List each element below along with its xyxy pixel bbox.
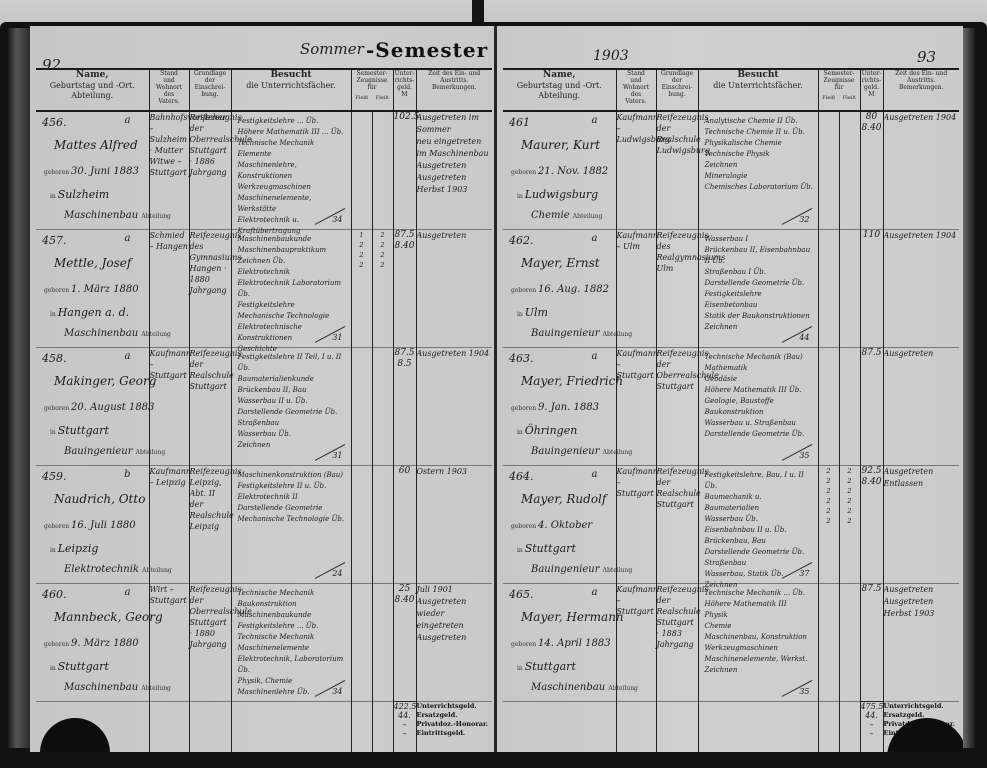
cell-subjects: Technische MechanikBaukonstruktionMaschi… — [231, 584, 351, 702]
entry-number: 459. — [42, 470, 67, 483]
grade-column-2 — [839, 348, 860, 466]
header-text: richts- — [394, 77, 416, 84]
fee-value: 87.5 — [394, 348, 416, 359]
subject-line: Maschinenbau, Konstruktion — [705, 632, 814, 643]
fee-value: 60 — [394, 466, 416, 477]
total-value: 44. — [394, 711, 416, 720]
grade-column-1 — [351, 584, 372, 702]
student-block: 457.aMettle, Josefgeboren 1. März 1880in… — [36, 230, 149, 347]
grade: 2 — [352, 250, 372, 260]
subject-list: Technische Mechanik (Bau)MathematikGeodä… — [699, 348, 818, 465]
empty-cell — [656, 702, 698, 753]
label-in: in — [50, 429, 58, 436]
total-value: 475.5 — [861, 702, 883, 711]
grade-column-1 — [818, 230, 839, 348]
grade-column-2: 222222 — [839, 466, 860, 584]
cell-subjects: Maschinenkonstruktion (Bau)Festigkeitsle… — [231, 466, 351, 584]
page-edge-left — [8, 28, 30, 748]
enrollment-basis: Reifezeugnis der Realschule Ludwigsburg — [656, 111, 698, 230]
label-in: in — [50, 665, 58, 672]
empty-cell — [231, 702, 351, 753]
subject-line: Elektrotechnik Laboratorium Üb. — [238, 278, 347, 300]
grade-column-1: 222222 — [818, 466, 839, 584]
entry-class: a — [592, 469, 598, 480]
header-besucht: Besuchtdie Unterrichtsfächer. — [698, 69, 818, 111]
cell-student: 463.aMayer, Friedrichgeboren 9. Jan. 188… — [503, 348, 616, 466]
grade: 2 — [819, 476, 839, 486]
grade: 2 — [840, 506, 860, 516]
subject-line: Maschinenelemente, Werkst. — [705, 654, 814, 665]
register-entry-row: 461aMaurer, Kurtgeboren 21. Nov. 1882in … — [503, 111, 959, 230]
subject-line: Festigkeitslehre, Bau, I u. II Üb. — [705, 470, 814, 492]
fee-value: 8.5 — [394, 359, 416, 370]
grade: 2 — [819, 516, 839, 526]
grade: 2 — [840, 486, 860, 496]
subject-line: Baumechanik u. Baumaterialien — [705, 492, 814, 514]
header-text: Bemerkungen. — [884, 84, 960, 91]
label-abteilung: Abteilung — [141, 213, 171, 220]
entry-number: 463. — [509, 352, 534, 365]
enrollment-basis: Reifezeugnis der Oberrealschule Stuttgar… — [656, 348, 698, 466]
register-entry-row: 456.aMattes Alfredgeboren 30. Juni 1883i… — [36, 111, 492, 230]
student-block: 459.bNaudrich, Ottogeboren 16. Juli 1880… — [36, 466, 149, 583]
subject-list: Festigkeitslehre, Bau, I u. II Üb.Baumec… — [699, 466, 818, 583]
empty-cell — [189, 702, 231, 753]
subject-list: Wasserbau IBrückenbau II, Eisenbahnbau I… — [699, 230, 818, 347]
student-name: Mayer, Hermann — [521, 610, 624, 624]
remark-line: Ausgetreten — [884, 466, 960, 478]
grade: 2 — [840, 476, 860, 486]
birth-date: geboren 4. Oktober — [511, 520, 592, 531]
student-name: Mayer, Friedrich — [521, 374, 623, 388]
subject-line: Wasserbau Üb. — [238, 429, 347, 440]
subject-line: Höhere Mathematik III — [705, 599, 814, 610]
tuition-fee: 87.58.40 — [393, 230, 416, 348]
cell-student: 465.aMayer, Hermanngeboren 14. April 188… — [503, 584, 616, 702]
label-abteilung: Abteilung — [141, 331, 171, 338]
grade: 2 — [819, 486, 839, 496]
tuition-fee: 60 — [393, 466, 416, 584]
weekly-hours: 44 — [799, 332, 809, 343]
header-text: Fleiß — [355, 95, 368, 102]
subject-line: Wasserbau u. Straßenbau — [705, 418, 814, 429]
subject-line: Straßenbau — [705, 558, 814, 569]
cell-subjects: Wasserbau IBrückenbau II, Eisenbahnbau I… — [698, 230, 818, 348]
subject-line: Technische Mechanik (Bau) — [705, 352, 814, 363]
birth-place: in Sulzheim — [50, 188, 109, 201]
empty-cell — [818, 702, 839, 753]
grade-column-1 — [351, 466, 372, 584]
remark-line: Ausgetreten — [417, 596, 493, 608]
header-text: Bemerkungen. — [417, 84, 493, 91]
subject-line: Technische Mechanik — [238, 588, 347, 599]
entry-class: a — [592, 115, 598, 126]
label-abteilung: Abteilung — [136, 449, 166, 456]
remark-line: wieder eingetreten — [417, 608, 493, 632]
register-entry-row: 462.aMayer, Ernstgeboren 16. Aug. 1882in… — [503, 230, 959, 348]
grade: 2 — [819, 466, 839, 476]
header-text: Wohnort — [150, 84, 189, 91]
subject-line: Baumaterialienkunde — [238, 374, 347, 385]
subject-list: Analytische Chemie II Üb.Technische Chem… — [699, 112, 818, 229]
subject-list: Technische Mechanik ... Üb.Höhere Mathem… — [699, 584, 818, 701]
header-text: der — [190, 77, 231, 84]
subject-line: Elemente — [238, 149, 347, 160]
register-entry-row: 460.aMannbeck, Georggeboren 9. März 1880… — [36, 584, 492, 702]
entry-class: a — [125, 233, 131, 244]
student-name: Mattes Alfred — [54, 138, 138, 152]
left-page: 92 Sommer -Semester Name,Geburtstag und … — [30, 26, 496, 752]
header-text: Stand — [150, 70, 189, 77]
weekly-hours: 24 — [332, 568, 342, 579]
birth-place: in Stuttgart — [517, 660, 576, 673]
subject-line: Eisenbahnbau II u. Üb. — [705, 525, 814, 536]
grade: 2 — [373, 240, 393, 250]
total-value: – — [861, 720, 883, 729]
header-zeit: Zeit des Ein- undAustritts.Bemerkungen. — [883, 69, 959, 111]
cell-subjects: Festigkeitslehre, Bau, I u. II Üb.Baumec… — [698, 466, 818, 584]
header-grundlage: GrundlagederEinschrei-bung. — [189, 69, 231, 111]
header-text: Name, — [36, 70, 149, 81]
department: Maschinenbau Abteilung — [531, 682, 638, 693]
student-name: Mettle, Josef — [54, 256, 131, 270]
header-text: Wohnort — [617, 84, 656, 91]
label-abteilung: Abteilung — [608, 685, 638, 692]
register-table-left: Name,Geburtstag und -Ort.Abteilung.Stand… — [36, 68, 492, 752]
grade: 2 — [373, 260, 393, 270]
label-in: in — [50, 311, 58, 318]
cell-student: 460.aMannbeck, Georggeboren 9. März 1880… — [36, 584, 149, 702]
subject-list: Technische MechanikBaukonstruktionMaschi… — [232, 584, 351, 701]
cell-student: 459.bNaudrich, Ottogeboren 16. Juli 1880… — [36, 466, 149, 584]
label-in: in — [517, 665, 525, 672]
totals-labels: Unterrichtsgeld.Ersatzgeld.Privatdoz.-Ho… — [416, 702, 492, 753]
subject-line: Straßenbau I Üb. — [705, 267, 814, 278]
entry-class: a — [125, 115, 131, 126]
header-besucht: Besuchtdie Unterrichtsfächer. — [231, 69, 351, 111]
remark-line: Ausgetreten — [417, 230, 493, 242]
header-text: Austritts. — [884, 77, 960, 84]
tuition-fee: 87.5 — [860, 348, 883, 466]
subject-line: Maschinenkonstruktion (Bau) — [238, 470, 347, 481]
empty-cell — [503, 702, 616, 753]
subject-line: Brückenbau II, Bau — [238, 385, 347, 396]
entry-class: a — [592, 233, 598, 244]
header-text: Austritts. — [417, 77, 493, 84]
fee-value: 8.40 — [861, 123, 883, 134]
student-name: Mannbeck, Georg — [54, 610, 163, 624]
label-in: in — [517, 193, 525, 200]
header-text: Zeugnisse für — [819, 77, 860, 91]
grade: 2 — [352, 260, 372, 270]
grade-column-1 — [818, 348, 839, 466]
weekly-hours: 31 — [332, 450, 342, 461]
cell-subjects: MaschinenbaukundeMaschinenbaupraktikumZe… — [231, 230, 351, 348]
student-block: 463.aMayer, Friedrichgeboren 9. Jan. 188… — [503, 348, 616, 465]
subject-line: Zeichnen — [238, 440, 347, 451]
header-text: Geburtstag und -Ort. — [503, 81, 616, 91]
birth-place: in Leipzig — [50, 542, 98, 555]
label-in: in — [50, 193, 58, 200]
page-edge-right — [963, 28, 975, 748]
birth-date: geboren 20. August 1883 — [44, 402, 154, 413]
subject-line: Analytische Chemie II Üb. — [705, 116, 814, 127]
header-unterrichtsgeld: Unter-richts-geld.M — [860, 69, 883, 111]
header-text: der — [657, 77, 698, 84]
remarks: AusgetretenEntlassen — [883, 466, 959, 584]
subject-line: Maschinenlehre, Konstruktionen — [238, 160, 347, 182]
weekly-hours: 35 — [799, 450, 809, 461]
totals-values: 422.544.–– — [393, 702, 416, 753]
header-zeugnisse: Semester-Zeugnisse fürFleißFleiß — [351, 69, 393, 111]
remark-line: Ausgetreten — [884, 584, 960, 596]
grade-column-1 — [818, 111, 839, 230]
weekly-hours: 31 — [332, 332, 342, 343]
department: Bauingenieur Abteilung — [531, 564, 632, 575]
remark-line: Ausgetreten im Sommer — [417, 112, 493, 136]
subject-line: Mechanische Technologie — [238, 311, 347, 322]
header-text: Abteilung. — [503, 91, 616, 101]
subject-line: Festigkeitslehre ... Üb. — [238, 621, 347, 632]
birth-date: geboren 9. Jan. 1883 — [511, 402, 599, 413]
subject-line: Maschinenbaukunde — [238, 234, 347, 245]
birth-date: geboren 30. Juni 1883 — [44, 166, 139, 177]
fee-value: 25 — [394, 584, 416, 595]
department: Bauingenieur Abteilung — [531, 446, 632, 457]
birth-date: geboren 1. März 1880 — [44, 284, 139, 295]
birth-place: in Ulm — [517, 306, 548, 319]
remarks: Ostern 1903 — [416, 466, 492, 584]
subject-line: Geodäsie — [705, 374, 814, 385]
label-geboren: geboren — [44, 287, 71, 294]
remark-line: Juli 1901 — [417, 584, 493, 596]
birth-date: geboren 9. März 1880 — [44, 638, 139, 649]
subject-line: Physik, Chemie — [238, 676, 347, 687]
grade: 2 — [819, 496, 839, 506]
entry-class: a — [592, 587, 598, 598]
label-geboren: geboren — [511, 523, 538, 530]
student-block: 465.aMayer, Hermanngeboren 14. April 188… — [503, 584, 616, 701]
remarks: Ausgetreten im Sommerneu eingetretenim M… — [416, 111, 492, 230]
header-text: Geburtstag und -Ort. — [36, 81, 149, 91]
subject-list: Festigkeitslehre ... Üb.Höhere Mathemati… — [232, 112, 351, 229]
subject-line: Wasserbau II u. Üb. — [238, 396, 347, 407]
cell-student: 458.aMakinger, Georggeboren 20. August 1… — [36, 348, 149, 466]
remark-line: neu eingetreten — [417, 136, 493, 148]
header-text: Stand — [617, 70, 656, 77]
header-text: M — [394, 91, 416, 98]
cell-subjects: Technische Mechanik ... Üb.Höhere Mathem… — [698, 584, 818, 702]
subject-line: Baukonstruktion — [705, 407, 814, 418]
grade-column-2 — [372, 584, 393, 702]
remark-line: Ausgetreten — [417, 160, 493, 172]
empty-cell — [149, 702, 189, 753]
label-geboren: geboren — [44, 641, 71, 648]
remark-line: Ausgetreten 1904 — [884, 112, 960, 124]
grade-column-2 — [839, 111, 860, 230]
empty-cell — [372, 702, 393, 753]
subject-line: Physik — [705, 610, 814, 621]
student-name: Mayer, Ernst — [521, 256, 600, 270]
tuition-fee: 92.58.40 — [860, 466, 883, 584]
total-value: 44. — [861, 711, 883, 720]
fee-value: 110 — [861, 230, 883, 241]
subject-line: Festigkeitslehre II u. Üb. — [238, 481, 347, 492]
birth-date: geboren 16. Aug. 1882 — [511, 284, 609, 295]
register-entry-row: 459.bNaudrich, Ottogeboren 16. Juli 1880… — [36, 466, 492, 584]
header-text: des — [150, 91, 189, 98]
tuition-fee: 87.58.5 — [393, 348, 416, 466]
entry-number: 456. — [42, 116, 67, 129]
header-text: Vaters. — [617, 98, 656, 105]
register-entry-row: 458.aMakinger, Georggeboren 20. August 1… — [36, 348, 492, 466]
subject-line: Brückenbau, Bau — [705, 536, 814, 547]
tuition-fee: 808.40 — [860, 111, 883, 230]
label-geboren: geboren — [44, 169, 71, 176]
entry-class: a — [592, 351, 598, 362]
semester-title: -Semester — [366, 38, 488, 62]
birth-place: in Stuttgart — [50, 660, 109, 673]
label-in: in — [50, 547, 58, 554]
header-text: Name, — [503, 70, 616, 81]
subject-line: Technische Mechanik ... Üb. — [705, 588, 814, 599]
header-text: Grundlage — [190, 70, 231, 77]
header-text: richts- — [861, 77, 883, 84]
subject-line: Eisenbetonbau — [705, 300, 814, 311]
header-text: Einschrei- — [190, 84, 231, 91]
grade: 1 — [352, 230, 372, 240]
header-unterrichtsgeld: Unter-richts-geld.M — [393, 69, 416, 111]
header-text: Vaters. — [150, 98, 189, 105]
header-text: geld. — [394, 84, 416, 91]
birth-place: in Stuttgart — [517, 542, 576, 555]
cell-student: 464.aMayer, Rudolfgeboren 4. Oktoberin S… — [503, 466, 616, 584]
birth-date: geboren 14. April 1883 — [511, 638, 611, 649]
subject-line: Maschinenbaupraktikum — [238, 245, 347, 256]
label-in: in — [517, 311, 525, 318]
subject-list: Maschinenkonstruktion (Bau)Festigkeitsle… — [232, 466, 351, 583]
grade: 2 — [840, 496, 860, 506]
grade-column-1: 1222 — [351, 230, 372, 348]
header-subcolumns: FleißFleiß — [352, 95, 393, 102]
birth-place: in Stuttgart — [50, 424, 109, 437]
subject-line: Werkzeugmaschinen — [705, 643, 814, 654]
remark-line: Ausgetreten — [884, 348, 960, 360]
entry-number: 465. — [509, 588, 534, 601]
tuition-fee: 102.5 — [393, 111, 416, 230]
grade-column-2 — [839, 584, 860, 702]
tuition-fee: 87.5 — [860, 584, 883, 702]
weekly-hours: 34 — [332, 214, 342, 225]
header-text: Unter- — [861, 70, 883, 77]
total-value: 422.5 — [394, 702, 416, 711]
entry-number: 461 — [509, 116, 530, 129]
register-entry-row: 463.aMayer, Friedrichgeboren 9. Jan. 188… — [503, 348, 959, 466]
subject-line: Physikalische Chemie — [705, 138, 814, 149]
cell-subjects: Analytische Chemie II Üb.Technische Chem… — [698, 111, 818, 230]
grade-column-1 — [818, 584, 839, 702]
header-row: Name,Geburtstag und -Ort.Abteilung.Stand… — [36, 69, 492, 111]
weekly-hours: 34 — [332, 686, 342, 697]
fee-value: 87.5 — [861, 584, 883, 595]
subject-line: Technische Mechanik — [238, 138, 347, 149]
fee-value: 87.5 — [394, 230, 416, 241]
header-text: des — [617, 91, 656, 98]
header-text: Zeit des Ein- und — [417, 70, 493, 77]
header-text: Abteilung. — [36, 91, 149, 101]
page-number-right: 93 — [917, 48, 936, 66]
totals-values: 475.544.–– — [860, 702, 883, 753]
header-text: Einschrei- — [657, 84, 698, 91]
header-grundlage: GrundlagederEinschrei-bung. — [656, 69, 698, 111]
total-value: – — [394, 720, 416, 729]
subject-line: Darstellende Geometrie Üb. — [705, 278, 814, 289]
remark-line: Ausgetreten 1904 — [884, 230, 960, 242]
student-block: 456.aMattes Alfredgeboren 30. Juni 1883i… — [36, 112, 149, 229]
student-block: 464.aMayer, Rudolfgeboren 4. Oktoberin S… — [503, 466, 616, 583]
right-page: 1903 93 Name,Geburtstag und -Ort.Abteilu… — [497, 26, 963, 752]
birth-date: geboren 16. Juli 1880 — [44, 520, 136, 531]
student-block: 460.aMannbeck, Georggeboren 9. März 1880… — [36, 584, 149, 701]
department: Chemie Abteilung — [531, 210, 602, 221]
enrollment-basis: Reifezeugnis der Oberrealschule Stuttgar… — [189, 584, 231, 702]
entry-number: 464. — [509, 470, 534, 483]
weekly-hours: 37 — [799, 568, 809, 579]
weekly-hours: 32 — [799, 214, 809, 225]
entry-number: 462. — [509, 234, 534, 247]
subject-line: Baukonstruktion — [238, 599, 347, 610]
enrollment-basis: Reifezeugnis der Realschule Stuttgart — [656, 466, 698, 584]
remark-line: Ausgetreten Herbst 1903 — [417, 172, 493, 196]
label-abteilung: Abteilung — [142, 567, 172, 574]
register-table-right: Name,Geburtstag und -Ort.Abteilung.Stand… — [503, 68, 959, 752]
label-geboren: geboren — [511, 169, 538, 176]
fee-value: 8.40 — [394, 595, 416, 606]
entry-class: a — [125, 587, 131, 598]
subject-line: Wasserbau I — [705, 234, 814, 245]
header-text: Fleiß — [843, 95, 856, 102]
grade-column-1 — [351, 111, 372, 230]
total-value: – — [394, 729, 416, 738]
department: Bauingenieur Abteilung — [531, 328, 632, 339]
grade-column-2 — [372, 466, 393, 584]
label-geboren: geboren — [511, 287, 538, 294]
header-text: geld. — [861, 84, 883, 91]
subject-line: Festigkeitslehre II Teil, I u. II Üb. — [238, 352, 347, 374]
subject-line: Festigkeitslehre ... Üb. — [238, 116, 347, 127]
label-in: in — [517, 547, 525, 554]
header-text: M — [861, 91, 883, 98]
label-abteilung: Abteilung — [603, 567, 633, 574]
department: Elektrotechnik Abteilung — [64, 564, 172, 575]
grade-column-1 — [351, 348, 372, 466]
department: Maschinenbau Abteilung — [64, 210, 171, 221]
department: Maschinenbau Abteilung — [64, 328, 171, 339]
header-text: Unter- — [394, 70, 416, 77]
label-abteilung: Abteilung — [141, 685, 171, 692]
student-name: Makinger, Georg — [54, 374, 156, 388]
cell-student: 457.aMettle, Josefgeboren 1. März 1880in… — [36, 230, 149, 348]
fee-value: 92.5 — [861, 466, 883, 477]
subject-line: Werkzeugmaschinen — [238, 182, 347, 193]
header-text: bung. — [190, 91, 231, 98]
cell-student: 461aMaurer, Kurtgeboren 21. Nov. 1882in … — [503, 111, 616, 230]
cell-student: 456.aMattes Alfredgeboren 30. Juni 1883i… — [36, 111, 149, 230]
register-entry-row: 464.aMayer, Rudolfgeboren 4. Oktoberin S… — [503, 466, 959, 584]
enrollment-basis: Reifezeugnis der Oberrealschule Stuttgar… — [189, 111, 231, 230]
subject-list: Festigkeitslehre II Teil, I u. II Üb.Bau… — [232, 348, 351, 465]
student-name: Naudrich, Otto — [54, 492, 145, 506]
